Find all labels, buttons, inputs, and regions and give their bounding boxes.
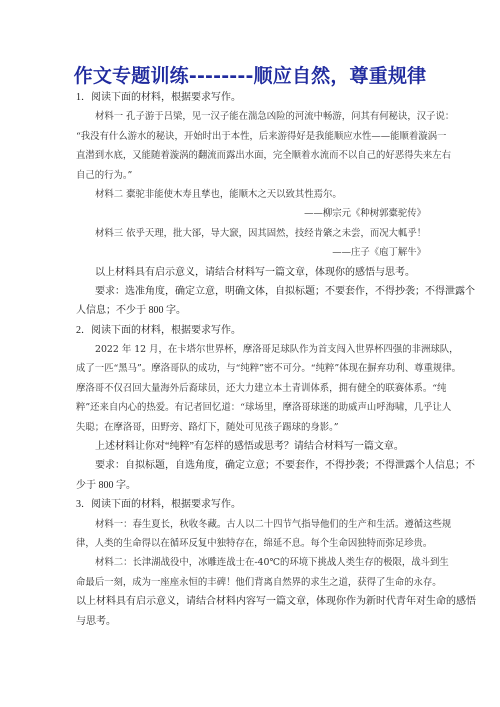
q1-prompt: 以上材料具有启示意义，请结合材料写一篇文章，体现你的感悟与思考。 <box>76 263 426 282</box>
q1-requirements-line-2: 人信息；不少于 800 字。 <box>76 301 426 320</box>
q1-material-1-line-4: 自己的行为。” <box>76 166 426 185</box>
q3-prompt-line-2: 与思考。 <box>76 612 426 631</box>
q3-material-1-line-2: 律，人类的生命得以在循环反复中独特存在，绵延不息。每个生命因独特而弥足珍贵。 <box>76 534 426 553</box>
q1-material-1-line-2: “我没有什么游水的秘诀，开始时出于本性，后来游得好是我能顺应水性——能顺着漩涡一 <box>76 127 426 146</box>
document-page: 作文专题训练--------顺应自然，尊重规律 1．阅读下面的材料，根据要求写作… <box>0 0 500 707</box>
q2-material-line-4: 粹”还来自内心的热爱。有记者回忆道：“球场里，摩洛哥球迷的助威声山呼海啸，几乎让… <box>76 398 426 417</box>
q3-prompt-line-1: 以上材料具有启示意义，请结合材料内容写一篇文章，体现你作为新时代青年对生命的感悟 <box>76 592 426 611</box>
question-1-heading: 1．阅读下面的材料，根据要求写作。 <box>76 88 426 107</box>
q2-material-line-3: 摩洛哥不仅召回大量海外后裔球员，还大力建立本土青训体系，拥有健全的联赛体系。“纯 <box>76 379 426 398</box>
q1-material-1-line-3: 直潜到水底，又能随着漩涡的翻流而露出水面，完全顺着水流而不以自己的好恶得失来左右 <box>76 146 426 165</box>
q1-requirements-line-1: 要求：选准角度，确定立意，明确文体，自拟标题；不要套作，不得抄袭；不得泄露个 <box>76 282 426 301</box>
q1-material-3: 材料三 依乎天理，批大郤，导大窾，因其固然，技经肯綮之未尝，而况大軱乎！ <box>76 224 426 243</box>
page-title: 作文专题训练--------顺应自然，尊重规律 <box>0 64 500 88</box>
q3-material-2-line-1: 材料二：长津湖战役中，冰雕连战士在-40℃的环境下挑战人类生存的极限，战斗到生 <box>76 553 426 572</box>
document-body: 1．阅读下面的材料，根据要求写作。 材料一 孔子游于吕梁，见一汉子能在湍急凶险的… <box>76 88 426 631</box>
q1-material-3-source: ——庄子《庖丁解牛》 <box>76 243 426 262</box>
question-3-heading: 3．阅读下面的材料，根据要求写作。 <box>76 495 426 514</box>
question-2-heading: 2．阅读下面的材料，根据要求写作。 <box>76 321 426 340</box>
q1-material-1-line-1: 材料一 孔子游于吕梁，见一汉子能在湍急凶险的河流中畅游，问其有何秘诀，汉子说： <box>76 107 426 126</box>
q2-requirements-line-2: 少于 800 字。 <box>76 476 426 495</box>
q2-material-line-5: 失聪；在摩洛哥，田野旁、路灯下，随处可见孩子踢球的身影。” <box>76 418 426 437</box>
q2-material-line-1: 2022 年 12 月，在卡塔尔世界杯，摩洛哥足球队作为首支闯入世界杯四强的非洲… <box>76 340 426 359</box>
q2-requirements-line-1: 要求：自拟标题，自选角度，确定立意；不要套作，不得抄袭；不得泄露个人信息；不 <box>76 456 426 475</box>
q3-material-1-line-1: 材料一：春生夏长，秋收冬藏。古人以二十四节气指导他们的生产和生活。遵循这些规 <box>76 515 426 534</box>
q2-prompt: 上述材料让你对“纯粹”有怎样的感悟或思考？请结合材料写一篇文章。 <box>76 437 426 456</box>
q2-material-line-2: 成了一匹“黑马”。摩洛哥队的成功，与“纯粹”密不可分。“纯粹”体现在摒弃功利、尊… <box>76 359 426 378</box>
q1-material-2-source: ——柳宗元《种树郭橐驼传》 <box>76 204 426 223</box>
q3-material-2-line-2: 命最后一刻，成为一座座永恒的丰碑！他们背离自然界的求生之道，获得了生命的永存。 <box>76 573 426 592</box>
q1-material-2: 材料二 橐驼非能使木寿且孳也，能顺木之天以致其性焉尔。 <box>76 185 426 204</box>
